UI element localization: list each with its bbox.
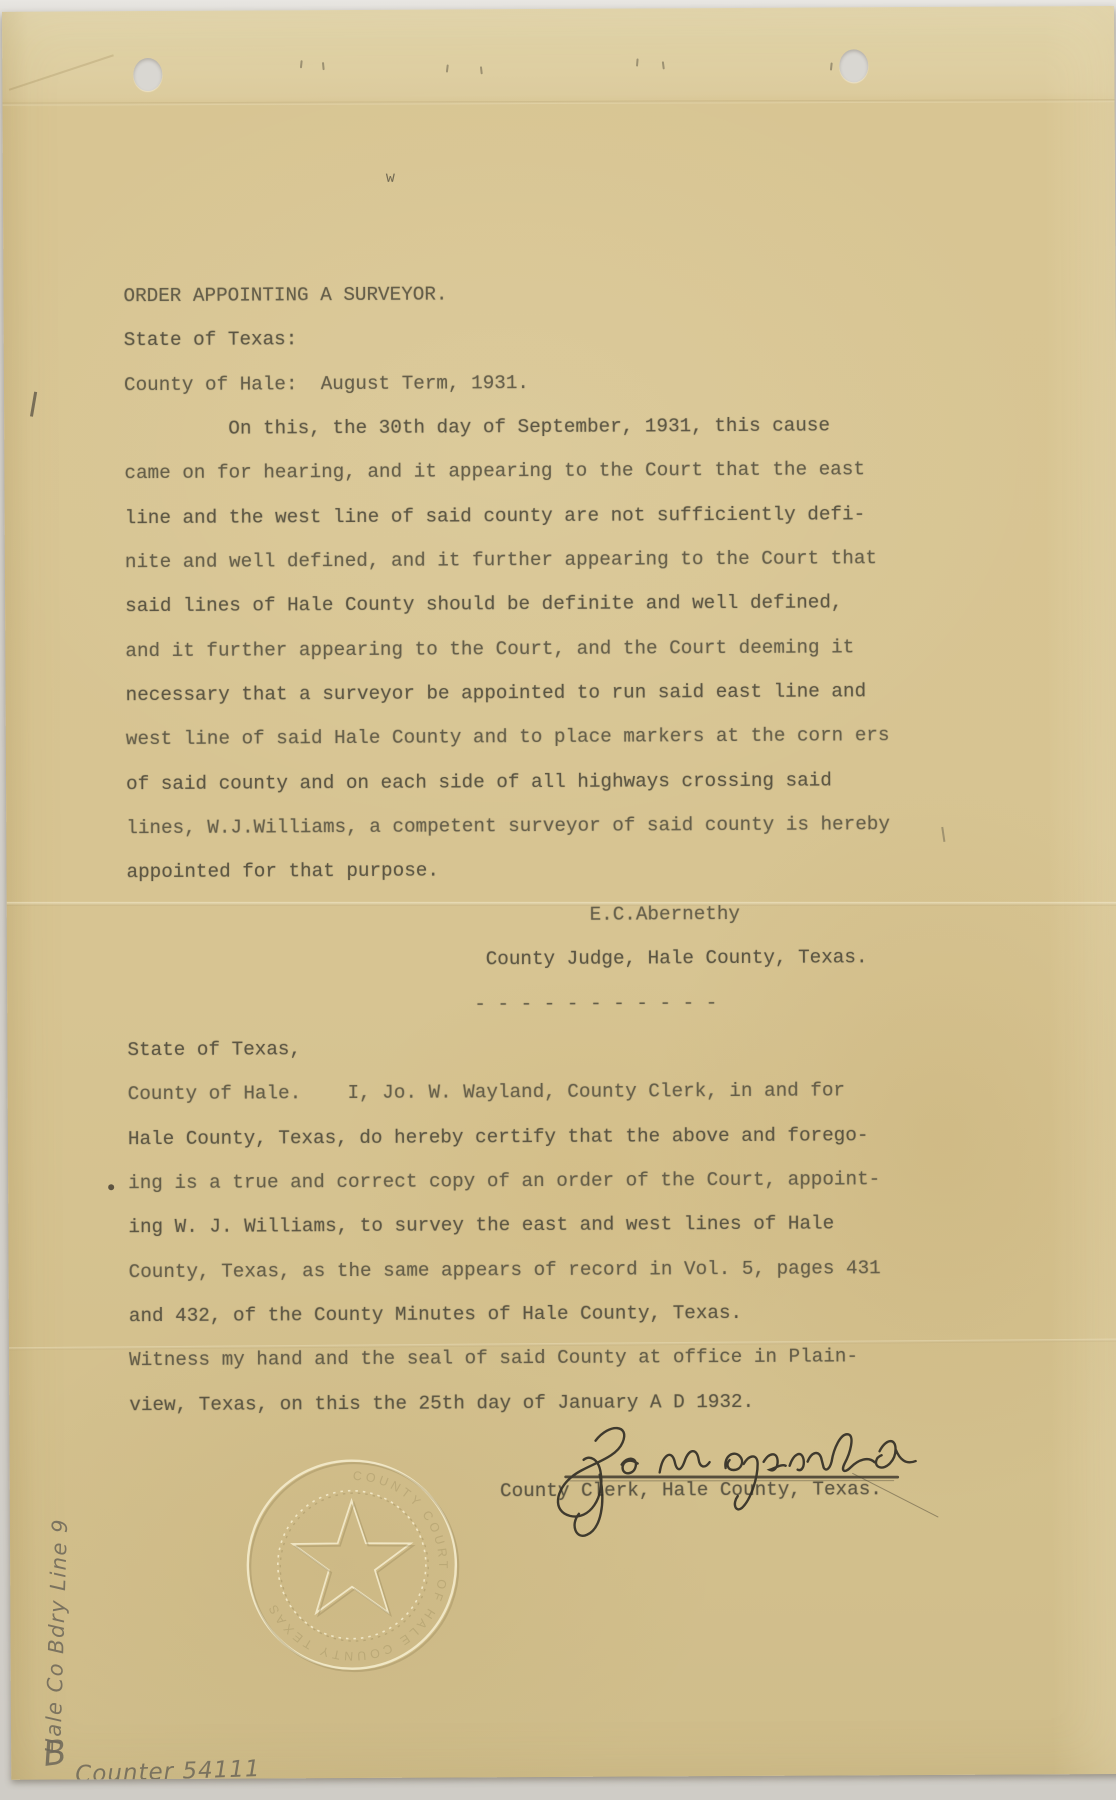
typed-line-separator: - - - - - - - - - - - — [127, 980, 891, 1028]
typed-line: and it further appearing to the Court, a… — [125, 625, 889, 673]
stray-mark-dot — [108, 1184, 114, 1190]
typed-line: ing W. J. Williams, to survey the east a… — [128, 1201, 892, 1249]
typed-line: nite and well defined, and it further ap… — [125, 536, 889, 584]
scan-background: COUNTY COURT OF HALE COUNTY TEXAS ORDER … — [0, 0, 1116, 1800]
typed-line: Hale County, Texas, do hereby certify th… — [128, 1113, 892, 1161]
typed-text-block: ORDER APPOINTING A SURVEYOR. State of Te… — [123, 270, 893, 1516]
punch-hole-right — [839, 49, 868, 82]
paper-corner-crease — [9, 54, 114, 90]
typed-line-title: ORDER APPOINTING A SURVEYOR. — [123, 270, 887, 318]
staple-mark — [446, 64, 449, 72]
seal-star-icon — [293, 1500, 412, 1613]
typed-line: Witness my hand and the seal of said Cou… — [129, 1334, 893, 1382]
typed-line: necessary that a surveyor be appointed t… — [125, 669, 889, 717]
corner-letter-note: B — [41, 1732, 69, 1775]
typed-line: and 432, of the County Minutes of Hale C… — [129, 1290, 893, 1338]
stray-mark-slash — [30, 392, 37, 417]
typed-line: came on for hearing, and it appearing to… — [124, 448, 888, 496]
margin-note-vertical: Hale Co Bdry Line 9 — [41, 1494, 73, 1755]
document-page: COUNTY COURT OF HALE COUNTY TEXAS ORDER … — [2, 6, 1116, 1780]
staple-mark — [322, 62, 325, 70]
typed-line: ing is a true and correct copy of an ord… — [128, 1157, 892, 1205]
staple-mark — [662, 61, 665, 69]
typed-line-judge-name: E.C.Abernethy — [127, 891, 891, 939]
typed-line: County of Hale. I, Jo. W. Wayland, Count… — [128, 1068, 892, 1116]
typed-line-clerk-title: County Clerk, Hale County, Texas. — [130, 1467, 894, 1515]
typed-line: appointed for that purpose. — [126, 847, 890, 895]
stray-mark-tick — [941, 827, 945, 842]
typed-line: County, Texas, as the same appears of re… — [128, 1246, 892, 1294]
typed-line: of said county and on each side of all h… — [126, 758, 890, 806]
bottom-counter-note: Counter 54111 — [75, 1756, 261, 1780]
typed-line: line and the west line of said county ar… — [125, 492, 889, 540]
staple-mark — [300, 60, 303, 68]
typed-line-county-term: County of Hale: August Term, 1931. — [124, 359, 888, 407]
typed-line: On this, the 30th day of September, 1931… — [124, 403, 888, 451]
punch-hole-left — [133, 58, 162, 91]
paper-fold-crease-top — [2, 99, 1114, 105]
typed-line: lines, W.J.Williams, a competent surveyo… — [126, 802, 890, 850]
staple-mark — [636, 58, 639, 66]
typed-line-state: State of Texas: — [124, 315, 888, 363]
stray-mark-w: w — [386, 168, 395, 186]
typed-line: State of Texas, — [127, 1024, 891, 1072]
typed-line: said lines of Hale County should be defi… — [125, 581, 889, 629]
typed-line: view, Texas, on this the 25th day of Jan… — [129, 1379, 893, 1427]
typed-line-blank — [129, 1423, 893, 1471]
staple-mark — [480, 66, 483, 74]
typed-line: west line of said Hale County and to pla… — [126, 714, 890, 762]
staple-mark — [830, 62, 833, 70]
typed-line-judge-title: County Judge, Hale County, Texas. — [127, 935, 891, 983]
